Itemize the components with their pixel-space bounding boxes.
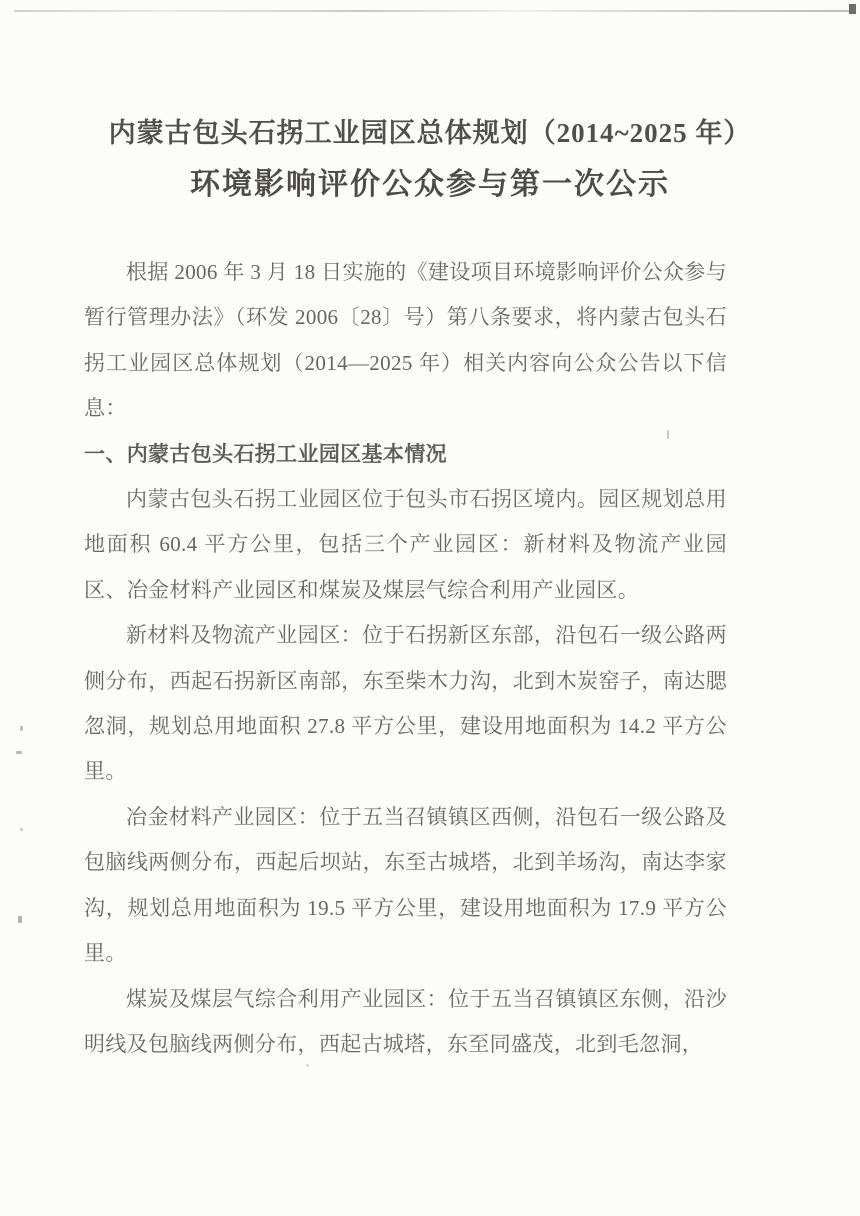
document-title-line-1: 内蒙古包头石拐工业园区总体规划（2014~2025 年）	[0, 114, 860, 152]
scan-artifact-line	[14, 10, 850, 12]
scan-artifact-corner-mark	[849, 4, 856, 14]
paragraph-metallurgy-materials-park: 冶金材料产业园区：位于五当召镇镇区西侧，沿包石一级公路及包脑线两侧分布，西起后坝…	[84, 795, 727, 977]
scan-speck	[20, 828, 23, 831]
document-page: 内蒙古包头石拐工业园区总体规划（2014~2025 年） 环境影响评价公众参与第…	[0, 0, 860, 1216]
intro-paragraph: 根据 2006 年 3 月 18 日实施的《建设项目环境影响评价公众参与暂行管理…	[84, 250, 727, 432]
document-title-block: 内蒙古包头石拐工业园区总体规划（2014~2025 年） 环境影响评价公众参与第…	[0, 0, 860, 206]
paragraph-park-overview: 内蒙古包头石拐工业园区位于包头市石拐区境内。园区规划总用地面积 60.4 平方公…	[84, 477, 727, 613]
scan-speck	[18, 916, 22, 923]
section-heading-basic-information: 一、内蒙古包头石拐工业园区基本情况	[84, 432, 727, 477]
scan-speck	[306, 1064, 309, 1067]
document-title-line-2: 环境影响评价公众参与第一次公示	[0, 164, 860, 206]
document-body: 根据 2006 年 3 月 18 日实施的《建设项目环境影响评价公众参与暂行管理…	[84, 250, 727, 1067]
scan-speck	[20, 726, 23, 731]
paragraph-coal-coalbed-gas-park: 煤炭及煤层气综合利用产业园区：位于五当召镇镇区东侧，沿沙明线及包脑线两侧分布，西…	[84, 977, 727, 1068]
paragraph-new-materials-logistics-park: 新材料及物流产业园区：位于石拐新区东部，沿包石一级公路两侧分布，西起石拐新区南部…	[84, 613, 727, 795]
scan-speck	[16, 751, 22, 754]
scan-speck	[667, 430, 669, 439]
